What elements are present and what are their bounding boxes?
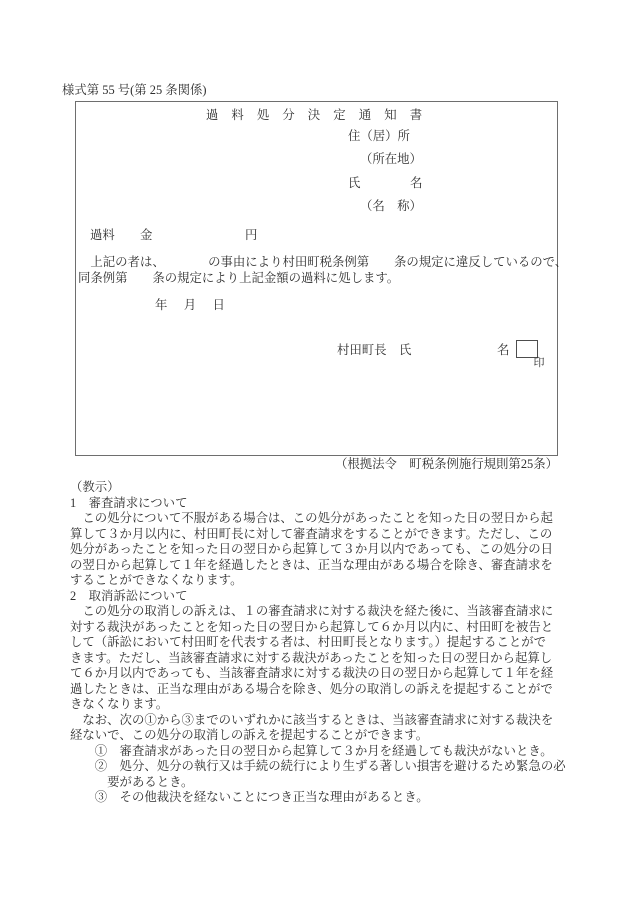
issuer-given-name-label: 名: [497, 343, 509, 359]
seal-mark: 印: [534, 357, 545, 369]
fine-currency-suffix: 円: [245, 228, 257, 244]
legal-basis-caption: （根拠法令 町税条例施行規則第25条）: [335, 457, 558, 473]
issuer-title-and-surname-label: 村田町長 氏: [337, 343, 411, 359]
address-alt-label: （所在地）: [360, 152, 422, 168]
document-page: 様式第 55 号(第 25 条関係) 過 料 処 分 決 定 通 知 書 住（居…: [0, 0, 630, 915]
appeal-instructions-text: （教示） 1 審査請求について この処分について不服がある場合は、この処分があっ…: [70, 480, 566, 806]
notice-body-text: 上記の者は、 の事由により村田町税条例第 条の規定に違反しているので、 同条例第…: [78, 254, 567, 286]
fine-currency-prefix: 金: [140, 228, 152, 244]
notice-form-box: 過 料 処 分 決 定 通 知 書 住（居）所 （所在地） 氏 名 （名 称） …: [75, 101, 558, 456]
name-label: 氏 名: [348, 176, 422, 192]
date-placeholder: 年 月 日: [155, 298, 227, 314]
seal-placeholder-box: 印: [516, 340, 538, 358]
address-label: 住（居）所: [348, 129, 410, 145]
form-number-caption: 様式第 55 号(第 25 条関係): [62, 83, 207, 99]
name-alt-label: （名 称）: [360, 199, 422, 215]
fine-label: 過料: [90, 228, 115, 244]
notice-title: 過 料 処 分 決 定 通 知 書: [76, 108, 557, 124]
